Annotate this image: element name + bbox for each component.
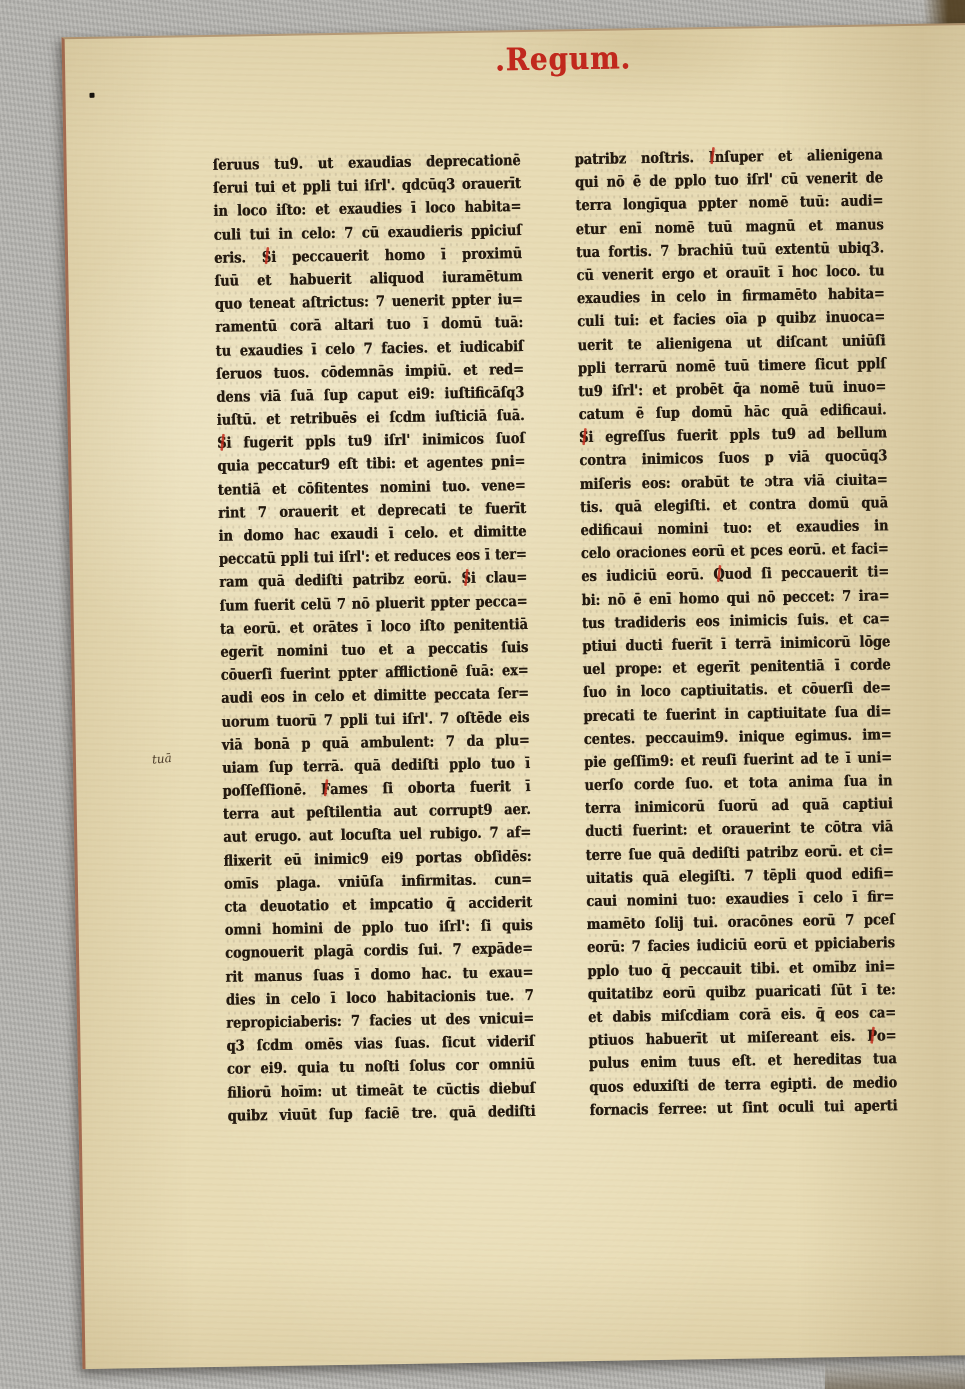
rubricated-initial: P (867, 1025, 877, 1048)
rubricated-initial: S (579, 426, 589, 449)
rubricated-initial: Q (713, 563, 725, 586)
running-title: .Regum. (495, 40, 632, 78)
scan-background: { "page": { "header": ".Regum.", "header… (0, 0, 965, 1389)
rubricated-initial: S (262, 246, 272, 269)
rubricated-initial: I (708, 146, 714, 169)
text-line: quibz viuūt ſup faciē tre. quā dediſti (227, 1100, 535, 1128)
rubricated-initial: S (217, 432, 227, 455)
ink-dot (89, 93, 94, 98)
text-line: fornacis ferree: ut ſint oculi tui apert… (589, 1094, 897, 1122)
text-column-right: patribz noſtris. Inſuper et alienigenaqu… (574, 143, 897, 1122)
margin-correction-note: tuā (151, 751, 172, 767)
book-block-shadow (825, 1363, 965, 1389)
text-column-left: ſeruus tu9. ut exaudias deprecationēſeru… (212, 149, 535, 1128)
manuscript-page: .Regum. ſeruus tu9. ut exaudias deprecat… (62, 23, 965, 1369)
rubricated-initial: F (321, 778, 331, 801)
rubricated-initial: S (461, 567, 471, 590)
